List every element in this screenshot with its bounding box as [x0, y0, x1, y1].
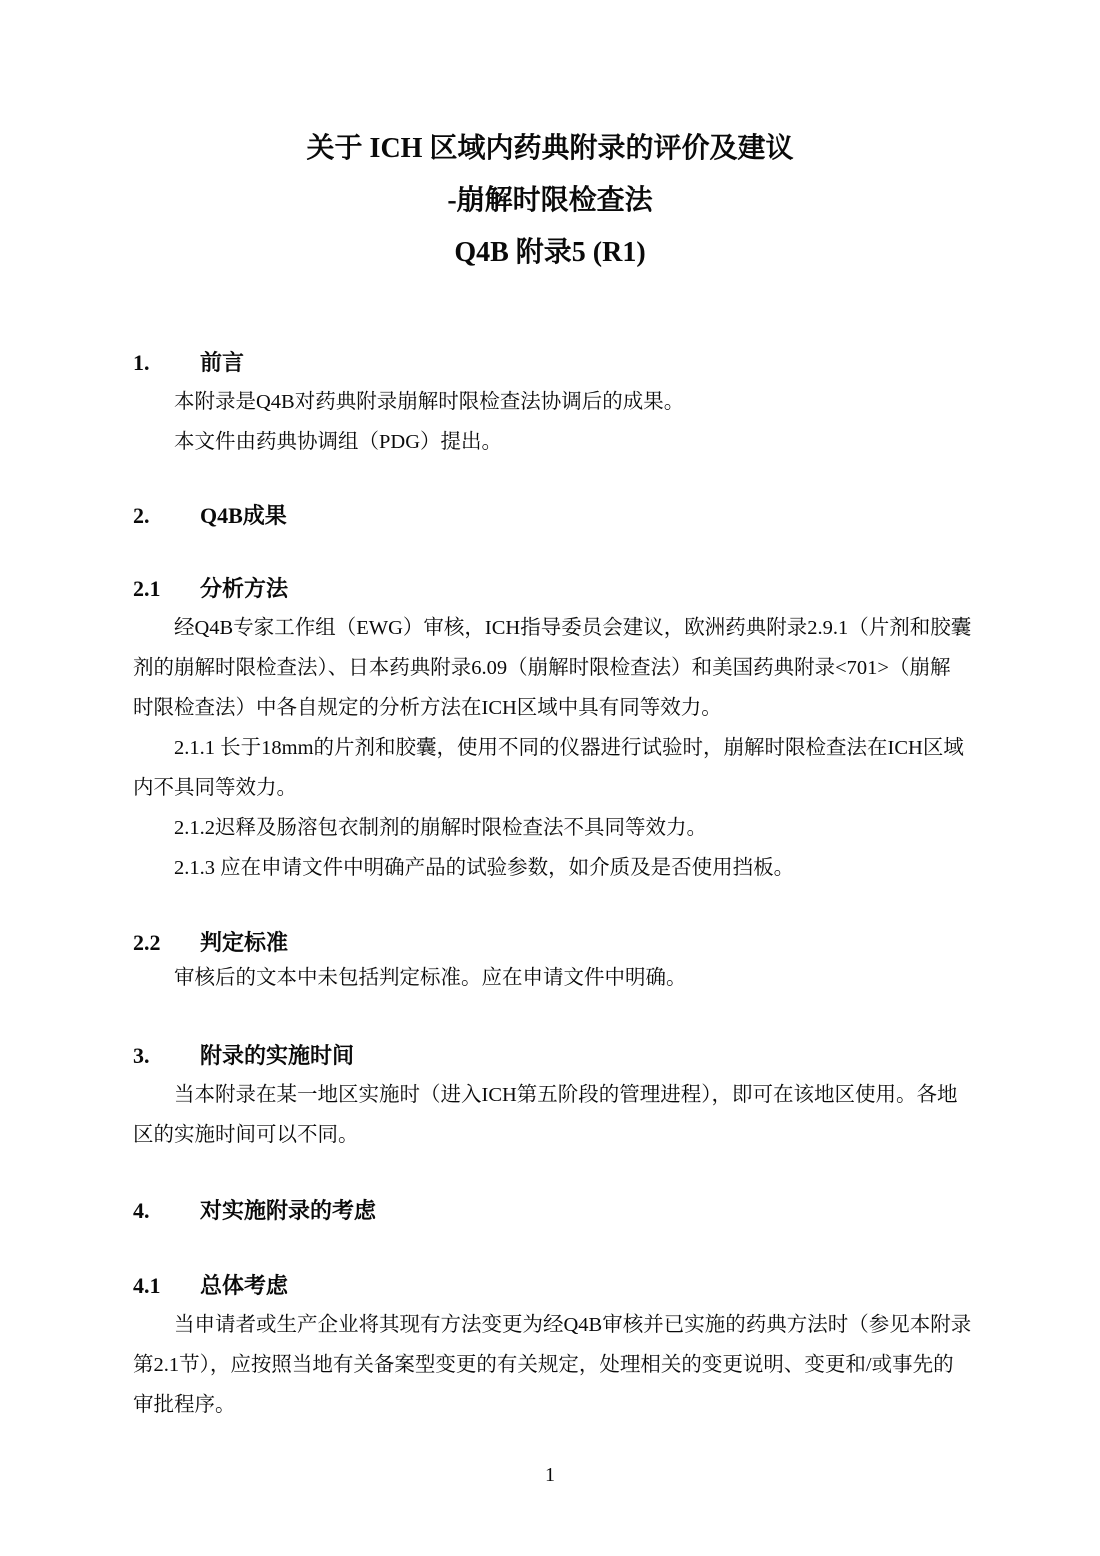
- section-heading-4-1: 4.1总体考虑: [133, 1271, 993, 1301]
- paragraph: 经Q4B专家工作组（EWG）审核，ICH指导委员会建议，欧洲药典附录2.9.1（…: [133, 608, 993, 728]
- heading-number: 4.: [133, 1196, 200, 1226]
- paragraph: 审核后的文本中未包括判定标准。应在申请文件中明确。: [133, 958, 993, 998]
- heading-title: 判定标准: [200, 930, 288, 955]
- section-4-1-body: 当申请者或生产企业将其现有方法变更为经Q4B审核并已实施的药典方法时（参见本附录…: [133, 1305, 993, 1425]
- paragraph: 本文件由药典协调组（PDG）提出。: [133, 422, 993, 462]
- section-heading-2-1: 2.1分析方法: [133, 574, 993, 604]
- doc-title-line-3: Q4B 附录5 (R1): [0, 227, 1100, 279]
- heading-number: 4.1: [133, 1271, 200, 1301]
- section-1-body: 本附录是Q4B对药典附录崩解时限检查法协调后的成果。 本文件由药典协调组（PDG…: [133, 382, 993, 462]
- section-2-1-body: 经Q4B专家工作组（EWG）审核，ICH指导委员会建议，欧洲药典附录2.9.1（…: [133, 608, 993, 888]
- section-heading-1: 1.前言: [133, 348, 993, 378]
- section-heading-4: 4.对实施附录的考虑: [133, 1196, 993, 1226]
- heading-title: 对实施附录的考虑: [200, 1198, 376, 1223]
- heading-title: Q4B成果: [200, 503, 287, 528]
- section-heading-2: 2.Q4B成果: [133, 501, 993, 531]
- paragraph: 2.1.1 长于18mm的片剂和胶囊，使用不同的仪器进行试验时，崩解时限检查法在…: [133, 728, 993, 808]
- doc-title: 关于 ICH 区域内药典附录的评价及建议 -崩解时限检查法 Q4B 附录5 (R…: [0, 123, 1100, 279]
- heading-number: 3.: [133, 1041, 200, 1071]
- heading-number: 2.1: [133, 574, 200, 604]
- heading-title: 总体考虑: [200, 1273, 288, 1298]
- heading-title: 前言: [200, 350, 244, 375]
- section-3-body: 当本附录在某一地区实施时（进入ICH第五阶段的管理进程），即可在该地区使用。各地…: [133, 1075, 993, 1155]
- paragraph: 当本附录在某一地区实施时（进入ICH第五阶段的管理进程），即可在该地区使用。各地…: [133, 1075, 993, 1155]
- heading-number: 1.: [133, 348, 200, 378]
- heading-number: 2.: [133, 501, 200, 531]
- heading-number: 2.2: [133, 928, 200, 958]
- paragraph: 本附录是Q4B对药典附录崩解时限检查法协调后的成果。: [133, 382, 993, 422]
- paragraph: 2.1.3 应在申请文件中明确产品的试验参数，如介质及是否使用挡板。: [133, 848, 993, 888]
- heading-title: 分析方法: [200, 576, 288, 601]
- heading-title: 附录的实施时间: [200, 1043, 354, 1068]
- section-heading-2-2: 2.2判定标准: [133, 928, 993, 958]
- section-heading-3: 3.附录的实施时间: [133, 1041, 993, 1071]
- doc-title-line-1: 关于 ICH 区域内药典附录的评价及建议: [0, 123, 1100, 175]
- section-2-2-body: 审核后的文本中未包括判定标准。应在申请文件中明确。: [133, 958, 993, 998]
- paragraph: 当申请者或生产企业将其现有方法变更为经Q4B审核并已实施的药典方法时（参见本附录…: [133, 1305, 993, 1425]
- paragraph: 2.1.2迟释及肠溶包衣制剂的崩解时限检查法不具同等效力。: [133, 808, 993, 848]
- doc-title-line-2: -崩解时限检查法: [0, 175, 1100, 227]
- page-number: 1: [0, 1462, 1100, 1488]
- document-page: 关于 ICH 区域内药典附录的评价及建议 -崩解时限检查法 Q4B 附录5 (R…: [0, 0, 1100, 1556]
